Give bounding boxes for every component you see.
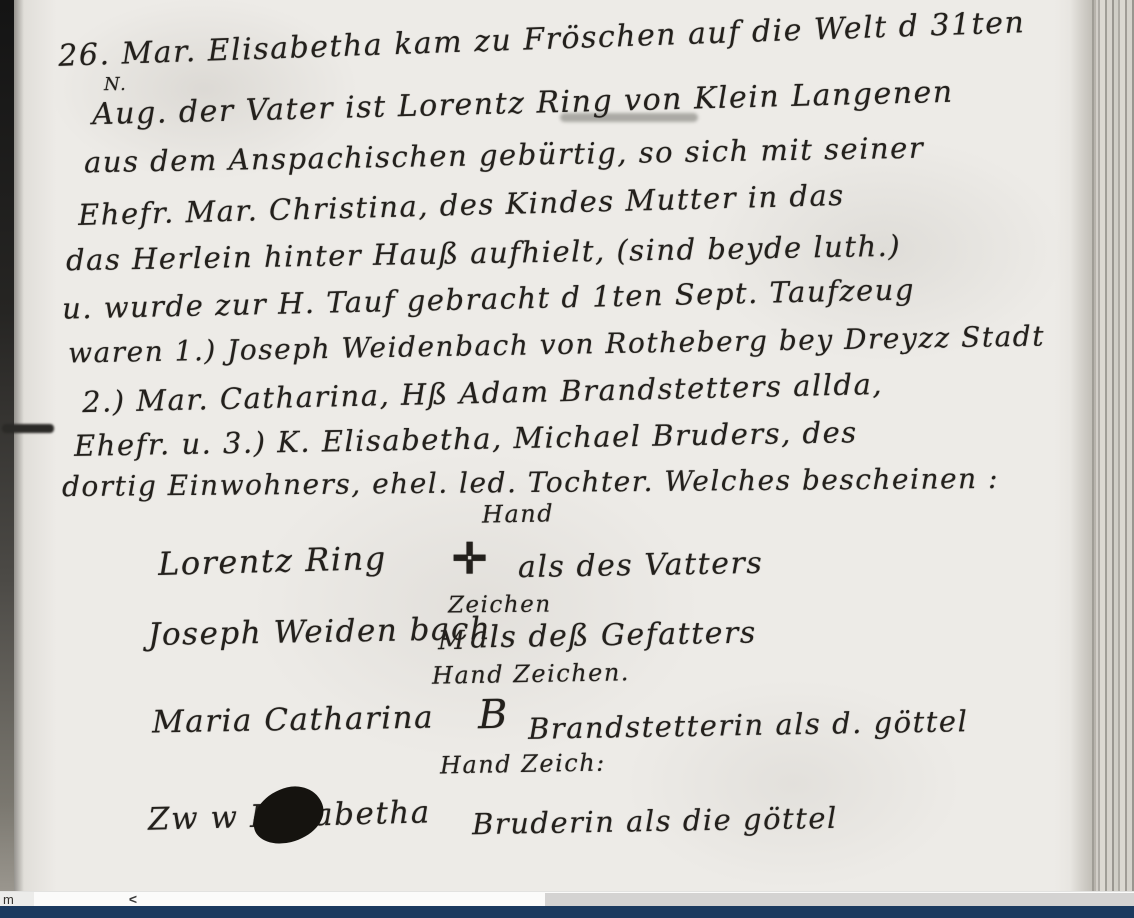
insertion-mark: N.	[104, 74, 128, 95]
bottom-bar	[0, 906, 1134, 918]
signature-role-1: als des Vatters	[518, 546, 764, 585]
manuscript-line-1: 26. Mar. Elisabetha kam zu Fröschen auf …	[58, 5, 1026, 74]
viewer-window: 26. Mar. Elisabetha kam zu Fröschen auf …	[0, 0, 1134, 918]
cross-mark: ✛	[452, 534, 489, 583]
horizontal-scrollbar-thumb[interactable]	[545, 893, 1134, 906]
signature-name-3: Maria Catharina	[152, 700, 435, 741]
ink-blot	[247, 780, 330, 850]
manuscript-line-3: aus dem Anspachischen gebürtig, so sich …	[84, 131, 925, 180]
hand-zeich-label: Hand Zeich:	[440, 749, 606, 780]
manuscript-line-4: Ehefr. Mar. Christina, des Kindes Mutter…	[78, 178, 845, 232]
manuscript-line-6: u. wurde zur H. Tauf gebracht d 1ten Sep…	[62, 272, 916, 325]
signature-mark-2: M	[438, 626, 467, 656]
signature-role-2: als deß Gefatters	[470, 616, 757, 656]
toolbar-label-fragment: m	[0, 892, 34, 907]
binding-ink-mark	[2, 424, 54, 433]
scanned-page: 26. Mar. Elisabetha kam zu Fröschen auf …	[0, 0, 1134, 891]
signature-role-4: Bruderin als die göttel	[472, 801, 838, 841]
page-edge-fade	[1070, 0, 1096, 891]
book-binding-shadow	[0, 0, 14, 891]
manuscript-line-9: Ehefr. u. 3.) K. Elisabetha, Michael Bru…	[74, 415, 858, 463]
manuscript-line-5: das Herlein hinter Hauß aufhielt, (sind …	[66, 229, 902, 278]
manuscript-line-7: waren 1.) Joseph Weidenbach von Rotheber…	[68, 319, 1045, 369]
signature-name-1: Lorentz Ring	[158, 539, 388, 583]
back-chevron-icon[interactable]: <	[122, 891, 144, 907]
hand-zeichen-label: Hand Zeichen.	[432, 658, 630, 689]
hand-label: Hand	[482, 499, 555, 528]
page-edge-streaks	[1092, 0, 1134, 891]
horizontal-scrollbar[interactable]: m <	[0, 891, 1134, 906]
signature-mark-3: B	[478, 692, 510, 739]
manuscript-line-10: dortig Einwohners, ehel. led. Tochter. W…	[62, 462, 999, 503]
manuscript-line-8: 2.) Mar. Catharina, Hß Adam Brandstetter…	[82, 367, 884, 419]
signature-role-3: Brandstetterin als d. göttel	[528, 704, 969, 746]
manuscript-line-2: Aug. der Vater ist Lorentz Ring von Klei…	[92, 75, 954, 133]
book-binding-shadow-fade	[14, 0, 24, 891]
